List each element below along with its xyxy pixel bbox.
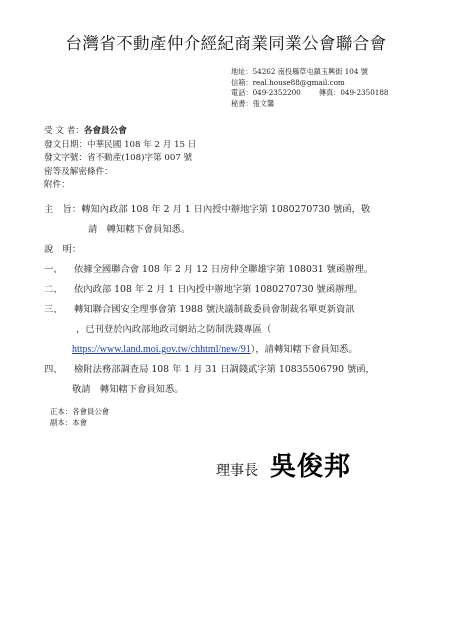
contact-block: 地址：54262 南投縣草屯鎮玉興街 104 號 信箱：real.house88… (231, 67, 389, 109)
signatory-role: 理事長 (216, 463, 258, 479)
recipient-label: 受 文 者： (44, 126, 84, 136)
fax-value: 049-2350188 (340, 88, 388, 97)
subject-text: 轉知內政部 108 年 2 月 1 日內授中辦地字第 1080270730 號函… (81, 204, 370, 215)
explanation-item-4: 四、檢附法務部調查局 108 年 1 月 31 日調錢貳字第 108355067… (44, 360, 444, 380)
item-text: 轉知聯合國安全理事會第 1988 號決議制裁委員會制裁名單更新資訊 (74, 304, 355, 315)
email-label: 信箱： (231, 78, 253, 87)
subject-line-1: 主 旨：轉知內政部 108 年 2 月 1 日內授中辦地字第 108027073… (44, 200, 444, 220)
organization-title: 台灣省不動產仲介經紀商業同業公會聯合會 (0, 30, 452, 54)
signature-block: 理事長吳俊邦 (216, 446, 351, 483)
address-row: 地址：54262 南投縣草屯鎮玉興街 104 號 (231, 67, 389, 78)
copy-label: 副本： (50, 418, 72, 427)
item-text: 依據全國聯合會 108 年 2 月 12 日房仲全聯雄字第 108031 號函辦… (74, 264, 373, 275)
copies-block: 正本：各會員公會 副本：本會 (50, 406, 109, 428)
document-body: 主 旨：轉知內政部 108 年 2 月 1 日內授中辦地字第 108027073… (44, 200, 444, 400)
phone-value: 049-2352200 (253, 88, 301, 97)
doc-number-label: 發文字號： (44, 153, 87, 163)
item-number: 一、 (44, 260, 74, 280)
item-text: ），請轉知轄下會員知悉。 (251, 344, 358, 355)
recipient-row: 受 文 者：各會員公會 (44, 125, 196, 139)
explanation-item-3: 三、轉知聯合國安全理事會第 1988 號決議制裁委員會制裁名單更新資訊 (44, 300, 444, 320)
email-row: 信箱：real.house88@gmail.com (231, 78, 389, 89)
copy-row: 副本：本會 (50, 417, 109, 428)
date-label: 發文日期： (44, 140, 87, 150)
phone-row: 電話：049-2352200傳真：049-2350188 (231, 88, 389, 99)
signatory-name: 吳俊邦 (270, 452, 351, 482)
subject-label: 主 旨： (44, 204, 81, 215)
email-value[interactable]: real.house88@gmail.com (253, 78, 345, 87)
secretary-value: 張文馨 (253, 99, 275, 108)
address-label: 地址： (231, 67, 253, 76)
phone-label: 電話： (231, 88, 253, 97)
explanation-item-3-cont: ，已刊登於內政部地政司網站之防制洗錢專區（ (44, 320, 444, 340)
doc-number-value: 省不動產(108)字第 007 號 (87, 153, 192, 163)
original-value: 各會員公會 (72, 407, 109, 416)
explanation-item-3-link-line: https://www.land.moi.gov.tw/chhtml/new/9… (44, 340, 444, 360)
doc-number-row: 發文字號：省不動產(108)字第 007 號 (44, 152, 196, 166)
item-text: 檢附法務部調查局 108 年 1 月 31 日調錢貳字第 10835506790… (74, 364, 375, 375)
secretary-row: 秘書：張文馨 (231, 99, 389, 110)
subject-line-2: 請 轉知轄下會員知悉。 (44, 220, 444, 240)
fax-label: 傳真： (319, 88, 341, 97)
explanation-item-1: 一、依據全國聯合會 108 年 2 月 12 日房仲全聯雄字第 108031 號… (44, 260, 444, 280)
explanation-label: 說 明： (44, 240, 444, 260)
date-row: 發文日期：中華民國 108 年 2 月 15 日 (44, 139, 196, 153)
item-number: 四、 (44, 360, 74, 380)
classification-row: 密等及解密條件： (44, 166, 196, 180)
secretary-label: 秘書： (231, 99, 253, 108)
original-label: 正本： (50, 407, 72, 416)
date-value: 中華民國 108 年 2 月 15 日 (87, 140, 196, 150)
document-meta: 受 文 者：各會員公會 發文日期：中華民國 108 年 2 月 15 日 發文字… (44, 125, 196, 193)
aml-zone-link[interactable]: https://www.land.moi.gov.tw/chhtml/new/9… (72, 344, 251, 355)
original-row: 正本：各會員公會 (50, 406, 109, 417)
explanation-item-2: 二、依內政部 108 年 2 月 1 日內授中辦地字第 1080270730 號… (44, 280, 444, 300)
recipient-value: 各會員公會 (84, 126, 127, 136)
attachment-row: 附件： (44, 179, 196, 193)
item-text: 依內政部 108 年 2 月 1 日內授中辦地字第 1080270730 號函辦… (74, 284, 363, 295)
copy-value: 本會 (72, 418, 87, 427)
explanation-item-4-cont: 敬請 轉知轄下會員知悉。 (44, 380, 444, 400)
address-value: 54262 南投縣草屯鎮玉興街 104 號 (253, 67, 368, 76)
item-number: 三、 (44, 300, 74, 320)
item-number: 二、 (44, 280, 74, 300)
